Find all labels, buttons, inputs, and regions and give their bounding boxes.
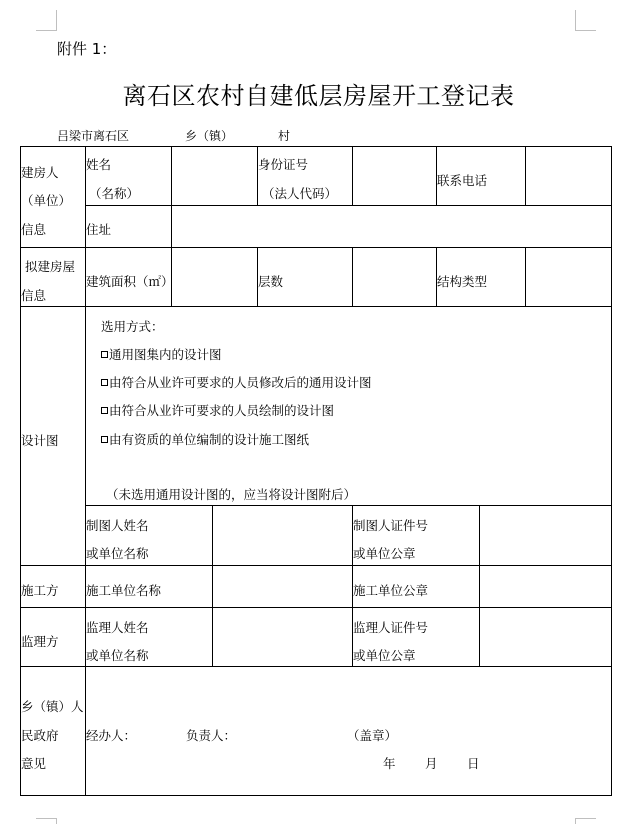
col-divider: [171, 205, 172, 247]
row-divider: [20, 607, 612, 608]
owner-section-label-line2: （单位）: [21, 194, 71, 208]
design-option-1[interactable]: 通用图集内的设计图: [101, 348, 222, 362]
owner-address-label: 住址: [86, 223, 111, 237]
col-divider: [479, 505, 480, 666]
col-divider: [85, 146, 86, 796]
house-area-field[interactable]: [174, 262, 254, 298]
row-divider: [20, 565, 612, 566]
owner-section-label-line3: 信息: [21, 223, 46, 237]
gov-responsible-label: 负责人：: [186, 729, 236, 743]
gov-date-day: 日: [467, 757, 480, 771]
drafter-id-label-line1: 制图人证件号: [353, 519, 428, 533]
corner-mark-top-left: [36, 10, 57, 31]
house-floors-label: 层数: [258, 275, 283, 289]
design-option-label: 由符合从业许可要求的人员绘制的设计图: [109, 403, 334, 418]
row-divider: [85, 205, 612, 206]
design-option-4[interactable]: 由有资质的单位编制的设计施工图纸: [101, 433, 309, 447]
location-city-district: 吕梁市离石区: [57, 127, 129, 144]
owner-name-field[interactable]: [174, 168, 254, 198]
location-village: 村: [278, 127, 290, 144]
row-divider: [20, 666, 612, 667]
gov-seal-label: （盖章）: [347, 729, 397, 743]
house-structure-field[interactable]: [528, 262, 608, 298]
owner-phone-label: 联系电话: [437, 174, 487, 188]
contractor-name-field[interactable]: [215, 572, 349, 602]
gov-handler-label: 经办人：: [86, 729, 136, 743]
corner-mark-top-right: [575, 10, 596, 31]
contractor-seal-label: 施工单位公章: [353, 584, 428, 598]
house-structure-label: 结构类型: [437, 275, 487, 289]
attachment-label: 附件 1：: [57, 38, 116, 59]
design-section-label: 设计图: [21, 434, 59, 448]
owner-id-label-line1: 身份证号: [258, 158, 308, 172]
owner-id-field[interactable]: [355, 168, 433, 198]
contractor-section-label: 施工方: [21, 584, 59, 598]
owner-id-label-line2: （法人代码）: [262, 187, 337, 201]
supervisor-name-field[interactable]: [215, 614, 349, 662]
corner-mark-bottom-left: [36, 818, 57, 824]
col-divider: [171, 146, 172, 205]
table-border-bottom: [20, 795, 612, 796]
drafter-id-field[interactable]: [482, 515, 608, 561]
row-divider: [20, 247, 612, 248]
owner-name-label-line2: （名称）: [89, 187, 139, 201]
supervisor-id-label-line2: 或单位公章: [353, 649, 416, 663]
supervisor-id-label-line1: 监理人证件号: [353, 621, 428, 635]
location-township: 乡（镇）: [185, 127, 233, 144]
table-border-right: [611, 146, 612, 796]
corner-mark-bottom-right: [575, 818, 596, 824]
owner-phone-field[interactable]: [528, 168, 608, 198]
col-divider: [352, 247, 353, 306]
house-section-label-line2: 信息: [21, 289, 46, 303]
drafter-id-label-line2: 或单位公章: [353, 547, 416, 561]
house-floors-field[interactable]: [355, 262, 433, 298]
design-note: （未选用通用设计图的，应当将设计图附后）: [106, 488, 356, 502]
page-title: 离石区农村自建低层房屋开工登记表: [0, 76, 637, 111]
house-section-label-line1: 拟建房屋: [25, 260, 75, 274]
col-divider: [257, 146, 258, 205]
row-divider: [85, 505, 612, 506]
col-divider: [212, 505, 213, 666]
contractor-name-label: 施工单位名称: [86, 584, 161, 598]
col-divider: [525, 247, 526, 306]
supervisor-name-label-line2: 或单位名称: [86, 649, 149, 663]
supervisor-id-field[interactable]: [482, 614, 608, 662]
supervisor-section-label: 监理方: [21, 635, 59, 649]
drafter-name-field[interactable]: [215, 515, 349, 561]
gov-section-label-line3: 意见: [21, 757, 46, 771]
col-divider: [352, 146, 353, 205]
design-option-label: 由符合从业许可要求的人员修改后的通用设计图: [109, 375, 372, 390]
drafter-name-label-line1: 制图人姓名: [86, 519, 149, 533]
design-selection-heading: 选用方式：: [101, 320, 164, 334]
design-option-label: 由有资质的单位编制的设计施工图纸: [109, 432, 309, 447]
owner-address-field[interactable]: [174, 215, 608, 243]
checkbox-icon[interactable]: [101, 436, 108, 443]
drafter-name-label-line2: 或单位名称: [86, 547, 149, 561]
checkbox-icon[interactable]: [101, 407, 108, 414]
design-option-3[interactable]: 由符合从业许可要求的人员绘制的设计图: [101, 404, 334, 418]
table-border-top: [20, 146, 612, 147]
checkbox-icon[interactable]: [101, 379, 108, 386]
design-option-label: 通用图集内的设计图: [109, 347, 222, 362]
row-divider: [20, 306, 612, 307]
supervisor-name-label-line1: 监理人姓名: [86, 621, 149, 635]
col-divider: [525, 146, 526, 205]
contractor-seal-field[interactable]: [482, 572, 608, 602]
gov-section-label-line2: 民政府: [21, 729, 59, 743]
design-option-2[interactable]: 由符合从业许可要求的人员修改后的通用设计图: [101, 376, 372, 390]
gov-section-label-line1: 乡（镇）人: [21, 700, 84, 714]
gov-date-year: 年: [383, 757, 396, 771]
owner-section-label-line1: 建房人: [21, 166, 59, 180]
owner-name-label-line1: 姓名: [86, 158, 111, 172]
checkbox-icon[interactable]: [101, 351, 108, 358]
gov-date-month: 月: [425, 757, 438, 771]
house-area-label: 建筑面积（㎡）: [86, 275, 174, 289]
